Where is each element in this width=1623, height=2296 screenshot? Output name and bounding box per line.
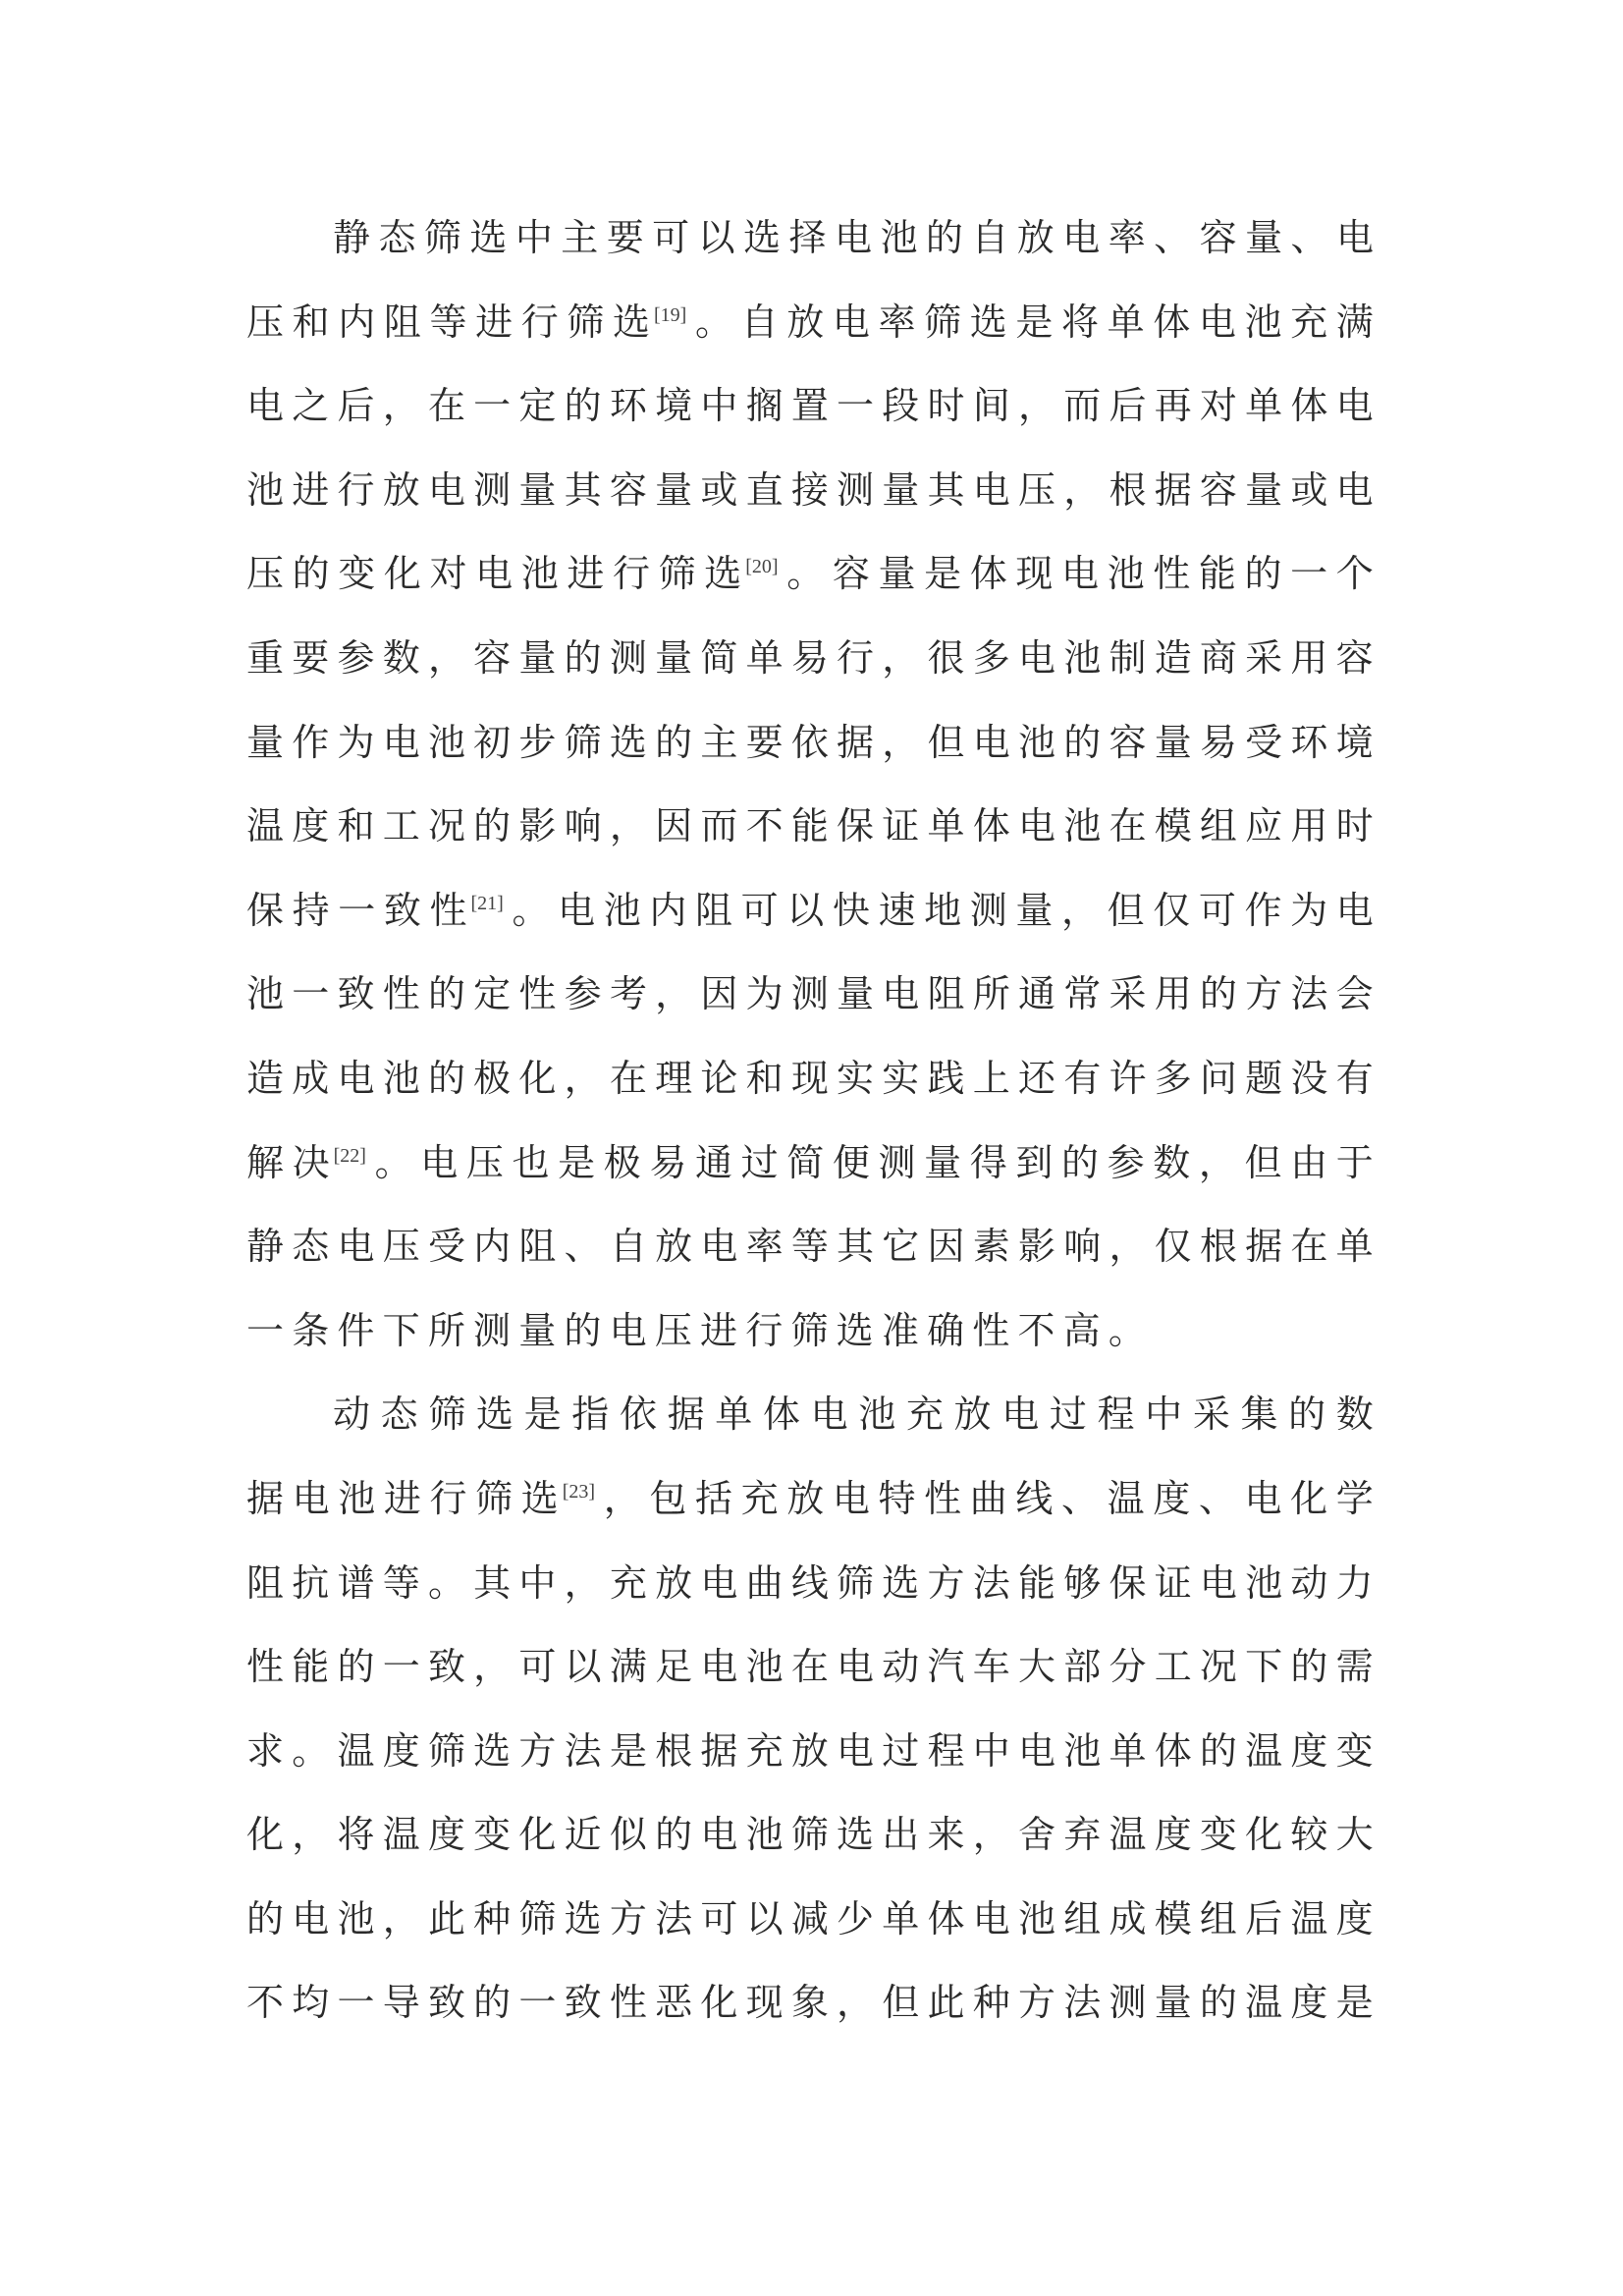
text-line: 压的变化对电池进行筛选[20]。容量是体现电池性能的一个 <box>246 532 1374 617</box>
text-line: 不均一导致的一致性恶化现象，但此种方法测量的温度是 <box>246 1961 1374 2046</box>
text-line: 求。温度筛选方法是根据充放电过程中电池单体的温度变 <box>246 1710 1374 1794</box>
text-line: 压和内阻等进行筛选[19]。自放电率筛选是将单体电池充满 <box>246 281 1374 365</box>
text-line: 解决[22]。电压也是极易通过简便测量得到的参数，但由于 <box>246 1121 1374 1206</box>
text-line: 量作为电池初步筛选的主要依据，但电池的容量易受环境 <box>246 701 1374 786</box>
text-line: 据电池进行筛选[23]，包括充放电特性曲线、温度、电化学 <box>246 1457 1374 1542</box>
citation-reference[interactable]: [19] <box>654 304 686 326</box>
text-line: 造成电池的极化，在理论和现实实践上还有许多问题没有 <box>246 1037 1374 1121</box>
document-page: 静态筛选中主要可以选择电池的自放电率、容量、电压和内阻等进行筛选[19]。自放电… <box>246 196 1374 2046</box>
text-line: 保持一致性[21]。电池内阻可以快速地测量，但仅可作为电 <box>246 869 1374 954</box>
text-line: 重要参数，容量的测量简单易行，很多电池制造商采用容 <box>246 617 1374 701</box>
text-line: 池一致性的定性参考，因为测量电阻所通常采用的方法会 <box>246 953 1374 1037</box>
paragraph-static-screening: 静态筛选中主要可以选择电池的自放电率、容量、电压和内阻等进行筛选[19]。自放电… <box>246 196 1374 1373</box>
text-line: 电之后，在一定的环境中搁置一段时间，而后再对单体电 <box>246 364 1374 449</box>
citation-reference[interactable]: [22] <box>334 1145 366 1167</box>
text-line: 池进行放电测量其容量或直接测量其电压，根据容量或电 <box>246 449 1374 533</box>
citation-reference[interactable]: [21] <box>471 893 504 914</box>
text-line: 动态筛选是指依据单体电池充放电过程中采集的数 <box>246 1373 1374 1457</box>
text-line: 静态筛选中主要可以选择电池的自放电率、容量、电 <box>246 196 1374 281</box>
text-line: 化，将温度变化近似的电池筛选出来，舍弃温度变化较大 <box>246 1793 1374 1878</box>
text-line: 的电池，此种筛选方法可以减少单体电池组成模组后温度 <box>246 1878 1374 1962</box>
text-line: 静态电压受内阻、自放电率等其它因素影响，仅根据在单 <box>246 1205 1374 1289</box>
citation-reference[interactable]: [20] <box>745 556 778 577</box>
text-line: 阻抗谱等。其中，充放电曲线筛选方法能够保证电池动力 <box>246 1542 1374 1626</box>
text-line: 温度和工况的影响，因而不能保证单体电池在模组应用时 <box>246 785 1374 869</box>
paragraph-dynamic-screening: 动态筛选是指依据单体电池充放电过程中采集的数据电池进行筛选[23]，包括充放电特… <box>246 1373 1374 2046</box>
text-line: 一条件下所测量的电压进行筛选准确性不高。 <box>246 1289 1374 1374</box>
citation-reference[interactable]: [23] <box>563 1481 595 1503</box>
text-line: 性能的一致，可以满足电池在电动汽车大部分工况下的需 <box>246 1625 1374 1710</box>
